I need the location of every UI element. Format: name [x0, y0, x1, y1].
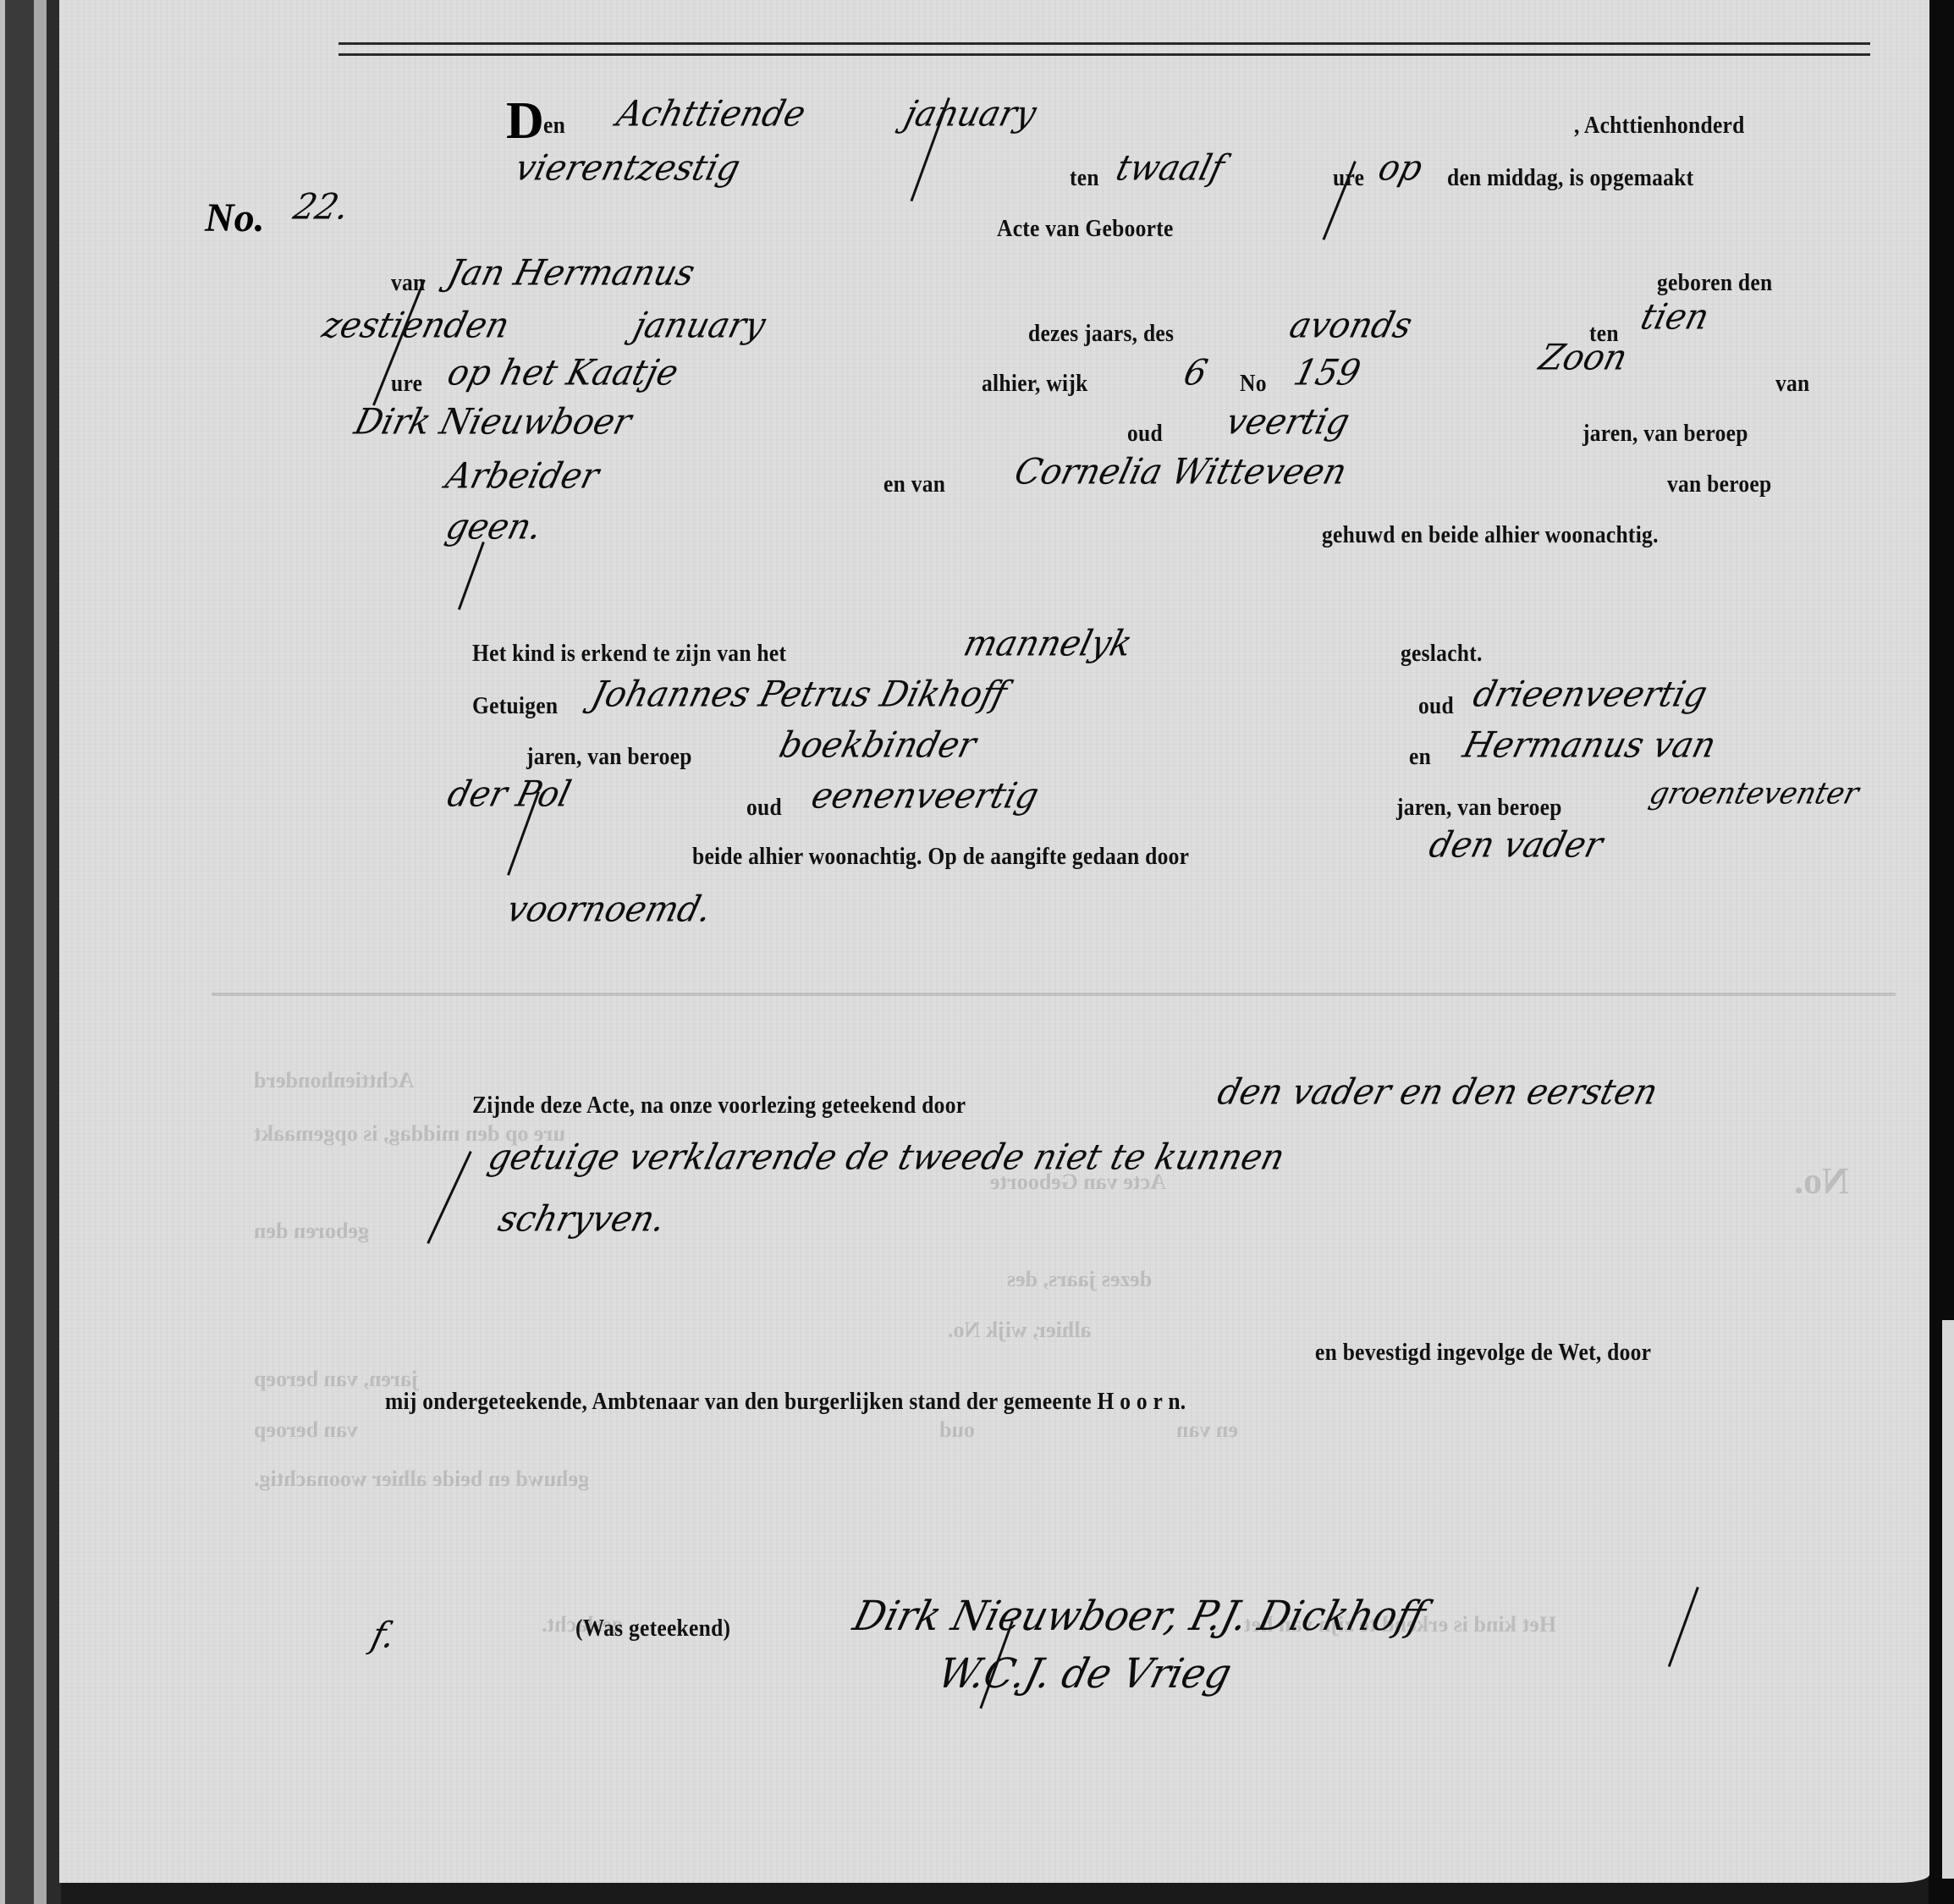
op-handwritten: op — [1374, 148, 1427, 189]
alhier-wijk-label: alhier, wijk — [982, 370, 1088, 398]
signers-handwritten-2: getuige verklarende de tweede niet te ku… — [484, 1137, 1289, 1178]
ghost-text: dezes jaars, des — [1007, 1267, 1152, 1292]
parents-status-text: gehuwd en beide alhier woonachtig. — [1322, 521, 1659, 549]
pen-stroke — [458, 542, 485, 610]
birth-month-handwritten: january — [630, 305, 769, 346]
birth-day-handwritten: zestienden — [318, 305, 514, 346]
van-label-2: van — [1775, 370, 1810, 398]
century-printed: , Achttienhonderd — [1574, 112, 1745, 140]
witness2-name-handwritten-2: der Pol — [443, 774, 575, 815]
confirm-text: en bevestigd ingevolge de Wet, door — [1315, 1339, 1651, 1367]
residence-text: beide alhier woonachtig. Op de aangifte … — [692, 843, 1189, 871]
month-handwritten: january — [900, 94, 1040, 135]
declarant-handwritten-2: voornoemd. — [503, 889, 716, 930]
father-jaren-label: jaren, van beroep — [1582, 420, 1748, 448]
day-handwritten: Achttiende — [613, 94, 810, 135]
jaren-label-w2: jaren, van beroep — [1396, 794, 1562, 822]
acte-title: Acte van Geboorte — [997, 215, 1174, 243]
oud-label-w2: oud — [746, 794, 782, 822]
witness1-age-handwritten: drieenveertig — [1469, 674, 1711, 715]
jaren-label-w1: jaren, van beroep — [526, 743, 692, 771]
margin-mark-handwritten: f. — [367, 1615, 399, 1656]
ghost-text: alhier, wijk No. — [948, 1318, 1092, 1343]
en-label-w2: en — [1409, 743, 1431, 771]
sex-prefix-text: Het kind is erkend te zijn van het — [472, 640, 786, 668]
middag-text: den middag, is opgemaakt — [1447, 164, 1693, 192]
witness1-occupation-handwritten: boekbinder — [775, 725, 980, 766]
en-van-label: en van — [883, 470, 945, 498]
year-handwritten: vierentzestig — [511, 148, 744, 189]
mother-occupation-handwritten: geen. — [442, 507, 546, 548]
ghost-text: No. — [1794, 1159, 1849, 1202]
getuigen-label: Getuigen — [472, 692, 558, 720]
official-text: mij ondergeteekende, Ambtenaar van den b… — [385, 1388, 1186, 1416]
mother-beroep-label: van beroep — [1667, 470, 1771, 498]
signing-text: Zijnde deze Acte, na onze voorlezing get… — [472, 1092, 966, 1120]
signers-handwritten-1: den vader en den eersten — [1214, 1072, 1662, 1113]
house-number-handwritten: 159 — [1290, 353, 1364, 393]
ghost-text: oud — [939, 1417, 975, 1443]
witness2-age-handwritten: eenenveertig — [807, 776, 1043, 817]
geboren-label: geboren den — [1657, 269, 1772, 297]
oud-label: oud — [1127, 420, 1163, 448]
witness1-name-handwritten: Johannes Petrus Dikhoff — [587, 674, 1010, 715]
ghost-text: gehuwd en beide alhier woonachtig. — [254, 1467, 589, 1492]
witness2-occupation-handwritten: groenteventer — [1646, 776, 1863, 812]
birth-hour-handwritten: tien — [1637, 297, 1713, 338]
pen-stroke — [1668, 1587, 1699, 1667]
ghost-text: van beroep — [254, 1417, 358, 1443]
ghost-text: geboren den — [254, 1219, 369, 1244]
faint-separator-rule — [212, 993, 1896, 996]
den-text: en — [543, 112, 565, 140]
father-age-handwritten: veertig — [1222, 402, 1354, 443]
ten-label: ten — [1070, 164, 1099, 192]
father-occupation-handwritten: Arbeider — [442, 456, 603, 497]
geslacht-text: geslacht. — [1401, 640, 1483, 668]
mother-name-handwritten: Cornelia Witteveen — [1010, 452, 1351, 493]
no-label-2: No — [1240, 370, 1267, 398]
child-name-handwritten: Jan Hermanus — [443, 253, 699, 294]
sex-handwritten: mannelyk — [960, 624, 1137, 664]
birth-place-handwritten: op het Kaatje — [443, 353, 682, 393]
time-of-day-handwritten: avonds — [1285, 305, 1416, 346]
relation-handwritten: Zoon — [1535, 338, 1632, 378]
dezes-label: dezes jaars, des — [1028, 320, 1174, 348]
was-geteekend-label: (Was geteekend) — [575, 1615, 730, 1643]
ure-label-2: ure — [391, 370, 422, 398]
register-page: Achttienhonderd ure op den middag, is op… — [59, 0, 1929, 1883]
oud-label-w1: oud — [1418, 692, 1454, 720]
book-binding-gutter — [0, 0, 61, 1904]
signers-handwritten-3: schryven. — [494, 1199, 669, 1240]
father-name-handwritten: Dirk Nieuwboer — [350, 402, 636, 443]
next-page-edge — [1942, 1320, 1954, 1879]
pen-stroke — [427, 1151, 471, 1244]
signature-line-1: Dirk Nieuwboer, P.J. Dickhoff — [849, 1592, 1430, 1640]
signature-line-2: W.C.J. de Vrieg — [933, 1649, 1236, 1698]
hour-handwritten: twaalf — [1112, 148, 1229, 189]
record-number-handwritten: 22. — [289, 187, 354, 228]
top-double-rule — [339, 42, 1870, 56]
declarant-handwritten-1: den vader — [1425, 825, 1607, 866]
ghost-text: Achttienhonderd — [254, 1068, 414, 1093]
witness2-name-handwritten-1: Hermanus van — [1459, 725, 1720, 766]
wijk-handwritten: 6 — [1180, 353, 1211, 393]
ghost-text: en van — [1176, 1417, 1238, 1443]
den-initial: D — [506, 91, 544, 151]
record-number-label: No. — [205, 195, 265, 241]
